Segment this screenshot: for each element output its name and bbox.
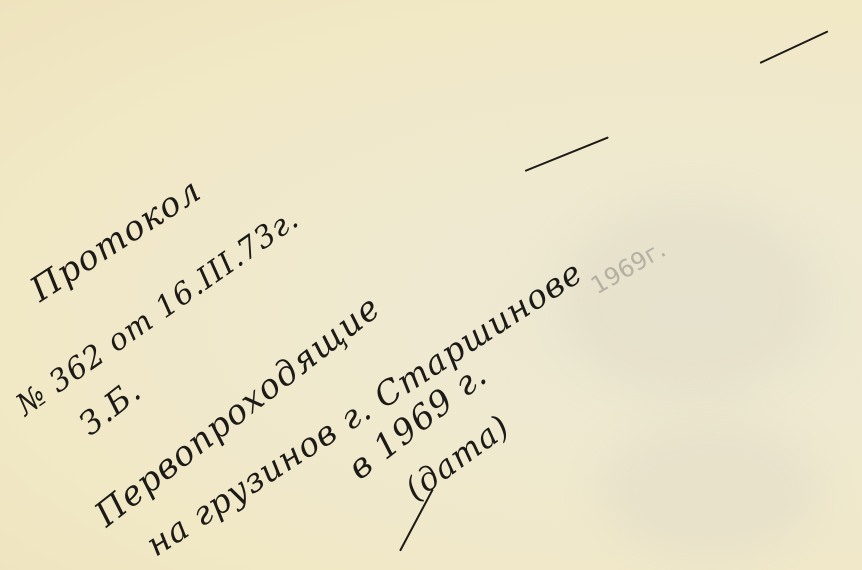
document-sheet: Протокол № 362 от 16.III.73г. З.Б. Перво…: [0, 0, 862, 570]
underline-stroke: [525, 136, 609, 172]
underline-stroke: [760, 30, 829, 64]
paper-stain: [560, 200, 820, 400]
paper-stain: [600, 420, 820, 560]
